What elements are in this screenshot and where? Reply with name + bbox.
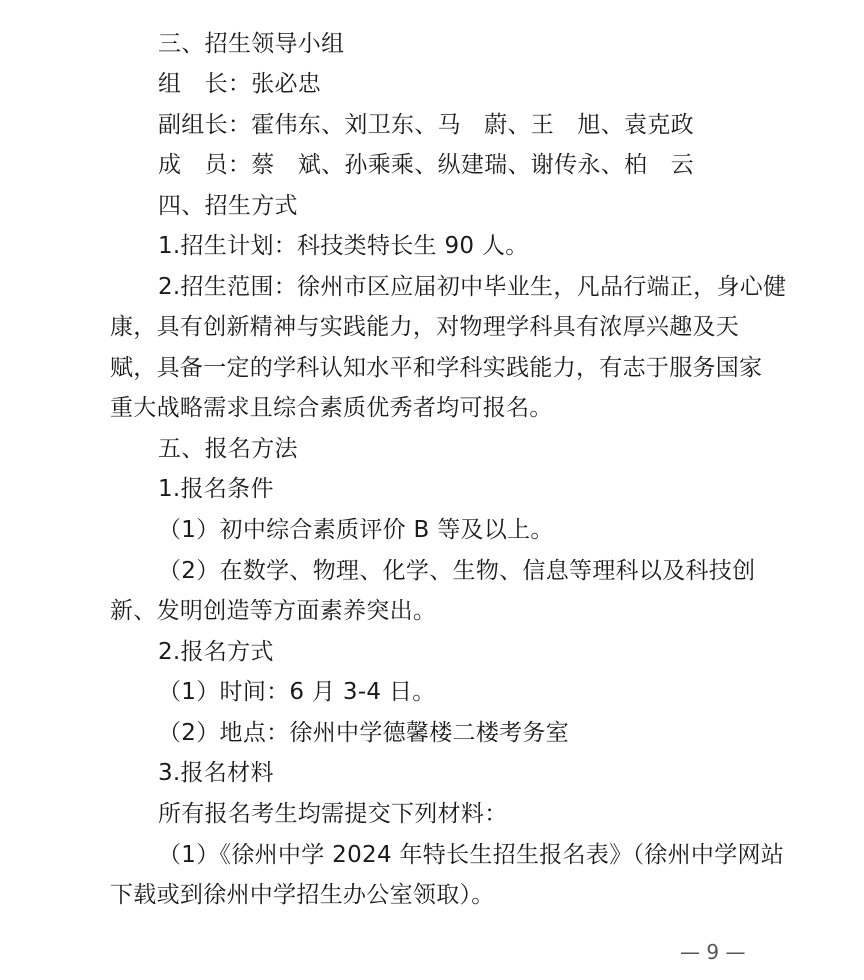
registration-method-heading: 2.报名方式 [158, 637, 274, 667]
registration-conditions-heading: 1.报名条件 [158, 474, 274, 504]
members-line: 成 员：蔡 斌、孙乘乘、纵建瑞、谢传永、柏 云 [158, 150, 694, 180]
condition-2-line-1: （2）在数学、物理、化学、生物、信息等理科以及科技创 [158, 556, 755, 586]
registration-location: （2）地点：徐州中学德馨楼二楼考务室 [158, 718, 569, 748]
section-heading-registration: 五、报名方法 [158, 434, 298, 464]
section-heading-method: 四、招生方式 [158, 191, 298, 221]
condition-1: （1）初中综合素质评价 B 等及以上。 [158, 515, 554, 545]
registration-materials-heading: 3.报名材料 [158, 758, 274, 788]
page-number: — 9 — [680, 940, 745, 964]
material-1-line-1: （1）《徐州中学 2024 年特长生招生报名表》（徐州中学网站 [158, 840, 784, 870]
enrollment-scope-line-1: 2.招生范围：徐州市区应届初中毕业生，凡品行端正，身心健 [158, 272, 786, 302]
materials-intro: 所有报名考生均需提交下列材料： [158, 799, 508, 829]
deputy-leaders-line: 副组长：霍伟东、刘卫东、马 蔚、王 旭、袁克政 [158, 110, 694, 140]
enrollment-scope-line-2: 康，具有创新精神与实践能力，对物理学科具有浓厚兴趣及天 [110, 312, 739, 342]
condition-2-line-2: 新、发明创造等方面素养突出。 [110, 596, 436, 626]
enrollment-plan: 1.招生计划：科技类特长生 90 人。 [158, 231, 529, 261]
registration-time: （1）时间：6 月 3-4 日。 [158, 677, 436, 707]
material-1-line-2: 下载或到徐州中学招生办公室领取）。 [110, 880, 495, 910]
leader-line: 组 长：张必忠 [158, 69, 321, 99]
enrollment-scope-line-3: 赋，具备一定的学科认知水平和学科实践能力，有志于服务国家 [110, 353, 762, 383]
section-heading-leadership: 三、招生领导小组 [158, 29, 344, 59]
enrollment-scope-line-4: 重大战略需求且综合素质优秀者均可报名。 [110, 393, 553, 423]
